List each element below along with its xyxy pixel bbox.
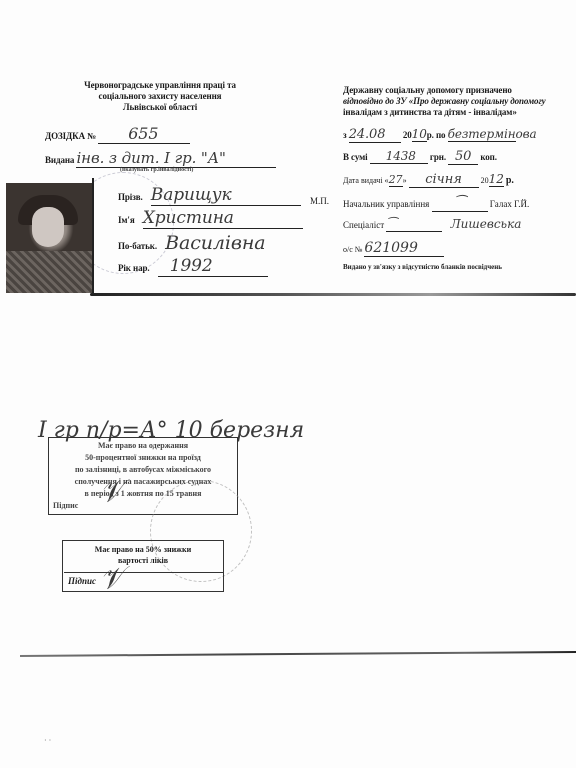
to-label: по xyxy=(436,130,446,140)
surname-label: Прізв. xyxy=(118,192,143,202)
stamp-place-label: М.П. xyxy=(310,196,329,206)
chief-label: Начальник управління xyxy=(343,199,429,209)
number-value: 655 xyxy=(98,124,190,144)
heading-line-2: відповідно до ЗУ «Про державну соціальну… xyxy=(343,96,573,107)
issue-date: Дата видачі «27» січня 2012 р. xyxy=(343,172,514,188)
heading-line-3: інвалідам з дитинства та дітям - інвалід… xyxy=(343,107,573,118)
org-line-1: Червоноградське управління праці та xyxy=(55,80,265,91)
name-label: Ім'я xyxy=(118,215,135,225)
currency-label: грн. xyxy=(430,152,446,162)
stamp1-line-1: Має право на одержання xyxy=(49,440,237,452)
org-line-3: Львівської області xyxy=(55,102,265,113)
stamp1-line-2: 50-процентної знижки на проїзд xyxy=(49,452,237,464)
name-value: Христина xyxy=(143,208,303,229)
stamp2-divider xyxy=(64,572,224,573)
issued-to: Видана інв. з дит. І гр. "А" xyxy=(45,149,276,168)
stamp2-sign-label: Підпис xyxy=(68,576,96,586)
account-value: 621099 xyxy=(364,240,444,257)
fold-line-top xyxy=(90,293,576,296)
name-field: Ім'я Христина xyxy=(118,208,303,229)
from-prefix: з xyxy=(343,130,347,140)
patronymic-value: Василівна xyxy=(165,232,265,254)
issue-note: Видано у зв'язку з відсутністю бланків п… xyxy=(343,263,502,271)
issue-year-suffix: 12 xyxy=(489,172,504,187)
patronymic-field: По-батьк. Василівна xyxy=(118,232,265,254)
issue-date-label: Дата видачі « xyxy=(343,176,389,185)
from-date: 24.08 xyxy=(349,127,401,143)
account-field: о/с № 621099 xyxy=(343,240,444,257)
scan-specks: · · xyxy=(44,736,51,745)
signature-2: 𝒱 xyxy=(98,561,126,598)
fold-line-bottom xyxy=(20,651,576,657)
surname-field: Прізв. Варищук xyxy=(118,185,301,206)
assistance-heading: Державну соціальну допомогу призначено в… xyxy=(343,85,573,118)
issue-year-prefix: 20 xyxy=(481,176,489,185)
chief-name: Галах Г.Й. xyxy=(490,199,529,209)
certificate-number: ДОЗІДКА № 655 xyxy=(45,124,190,144)
stamp2-line-2: вартості ліків xyxy=(63,555,223,566)
issue-month: січня xyxy=(409,172,479,188)
holder-photo xyxy=(6,183,94,293)
org-line-2: соціального захисту населення xyxy=(55,91,265,102)
stamp2-line-1: Має право на 50% знижки xyxy=(63,544,223,555)
specialist-name: Лишевська xyxy=(451,217,522,231)
signature-1: 𝒱 xyxy=(98,474,126,511)
specialist-label: Спеціаліст xyxy=(343,220,384,230)
number-label: ДОЗІДКА № xyxy=(45,131,96,141)
kop-label: коп. xyxy=(480,152,497,162)
assistance-sum: В сумі 1438 грн. 50 коп. xyxy=(343,149,497,165)
assistance-period: з 24.08 2010р. по безтермінова xyxy=(343,127,516,143)
issued-label: Видана xyxy=(45,155,74,165)
from-year-prefix: 20 xyxy=(403,130,412,140)
sum-label: В сумі xyxy=(343,152,368,162)
birth-year-field: Рік нар. 1992 xyxy=(118,256,268,277)
sum-value: 1438 xyxy=(370,149,428,164)
heading-line-1: Державну соціальну допомогу призначено xyxy=(343,85,573,96)
stamp1-line-3: по залізниці, в автобусах міжміського xyxy=(49,464,237,476)
photo-border xyxy=(92,178,94,294)
from-year-suffix: 10 xyxy=(412,127,427,142)
organization-header: Червоноградське управління праці та соці… xyxy=(55,80,265,113)
chief-field: Начальник управління ⁀ Галах Г.Й. xyxy=(343,196,529,212)
account-label: о/с № xyxy=(343,245,362,254)
issue-day: 27 xyxy=(389,173,403,187)
surname-value: Варищук xyxy=(151,185,301,206)
specialist-field: Спеціаліст ⁀ Лишевська xyxy=(343,217,521,232)
year-label: р. xyxy=(427,130,434,140)
issue-year-label: р. xyxy=(506,175,514,186)
issue-day-close: » xyxy=(403,176,407,185)
patronymic-label: По-батьк. xyxy=(118,241,157,251)
kop-value: 50 xyxy=(448,149,478,165)
to-value: безтермінова xyxy=(448,127,516,142)
issued-value: інв. з дит. І гр. "А" xyxy=(76,149,276,168)
birth-year-value: 1992 xyxy=(158,256,268,277)
birth-year-label: Рік нар. xyxy=(118,263,150,273)
